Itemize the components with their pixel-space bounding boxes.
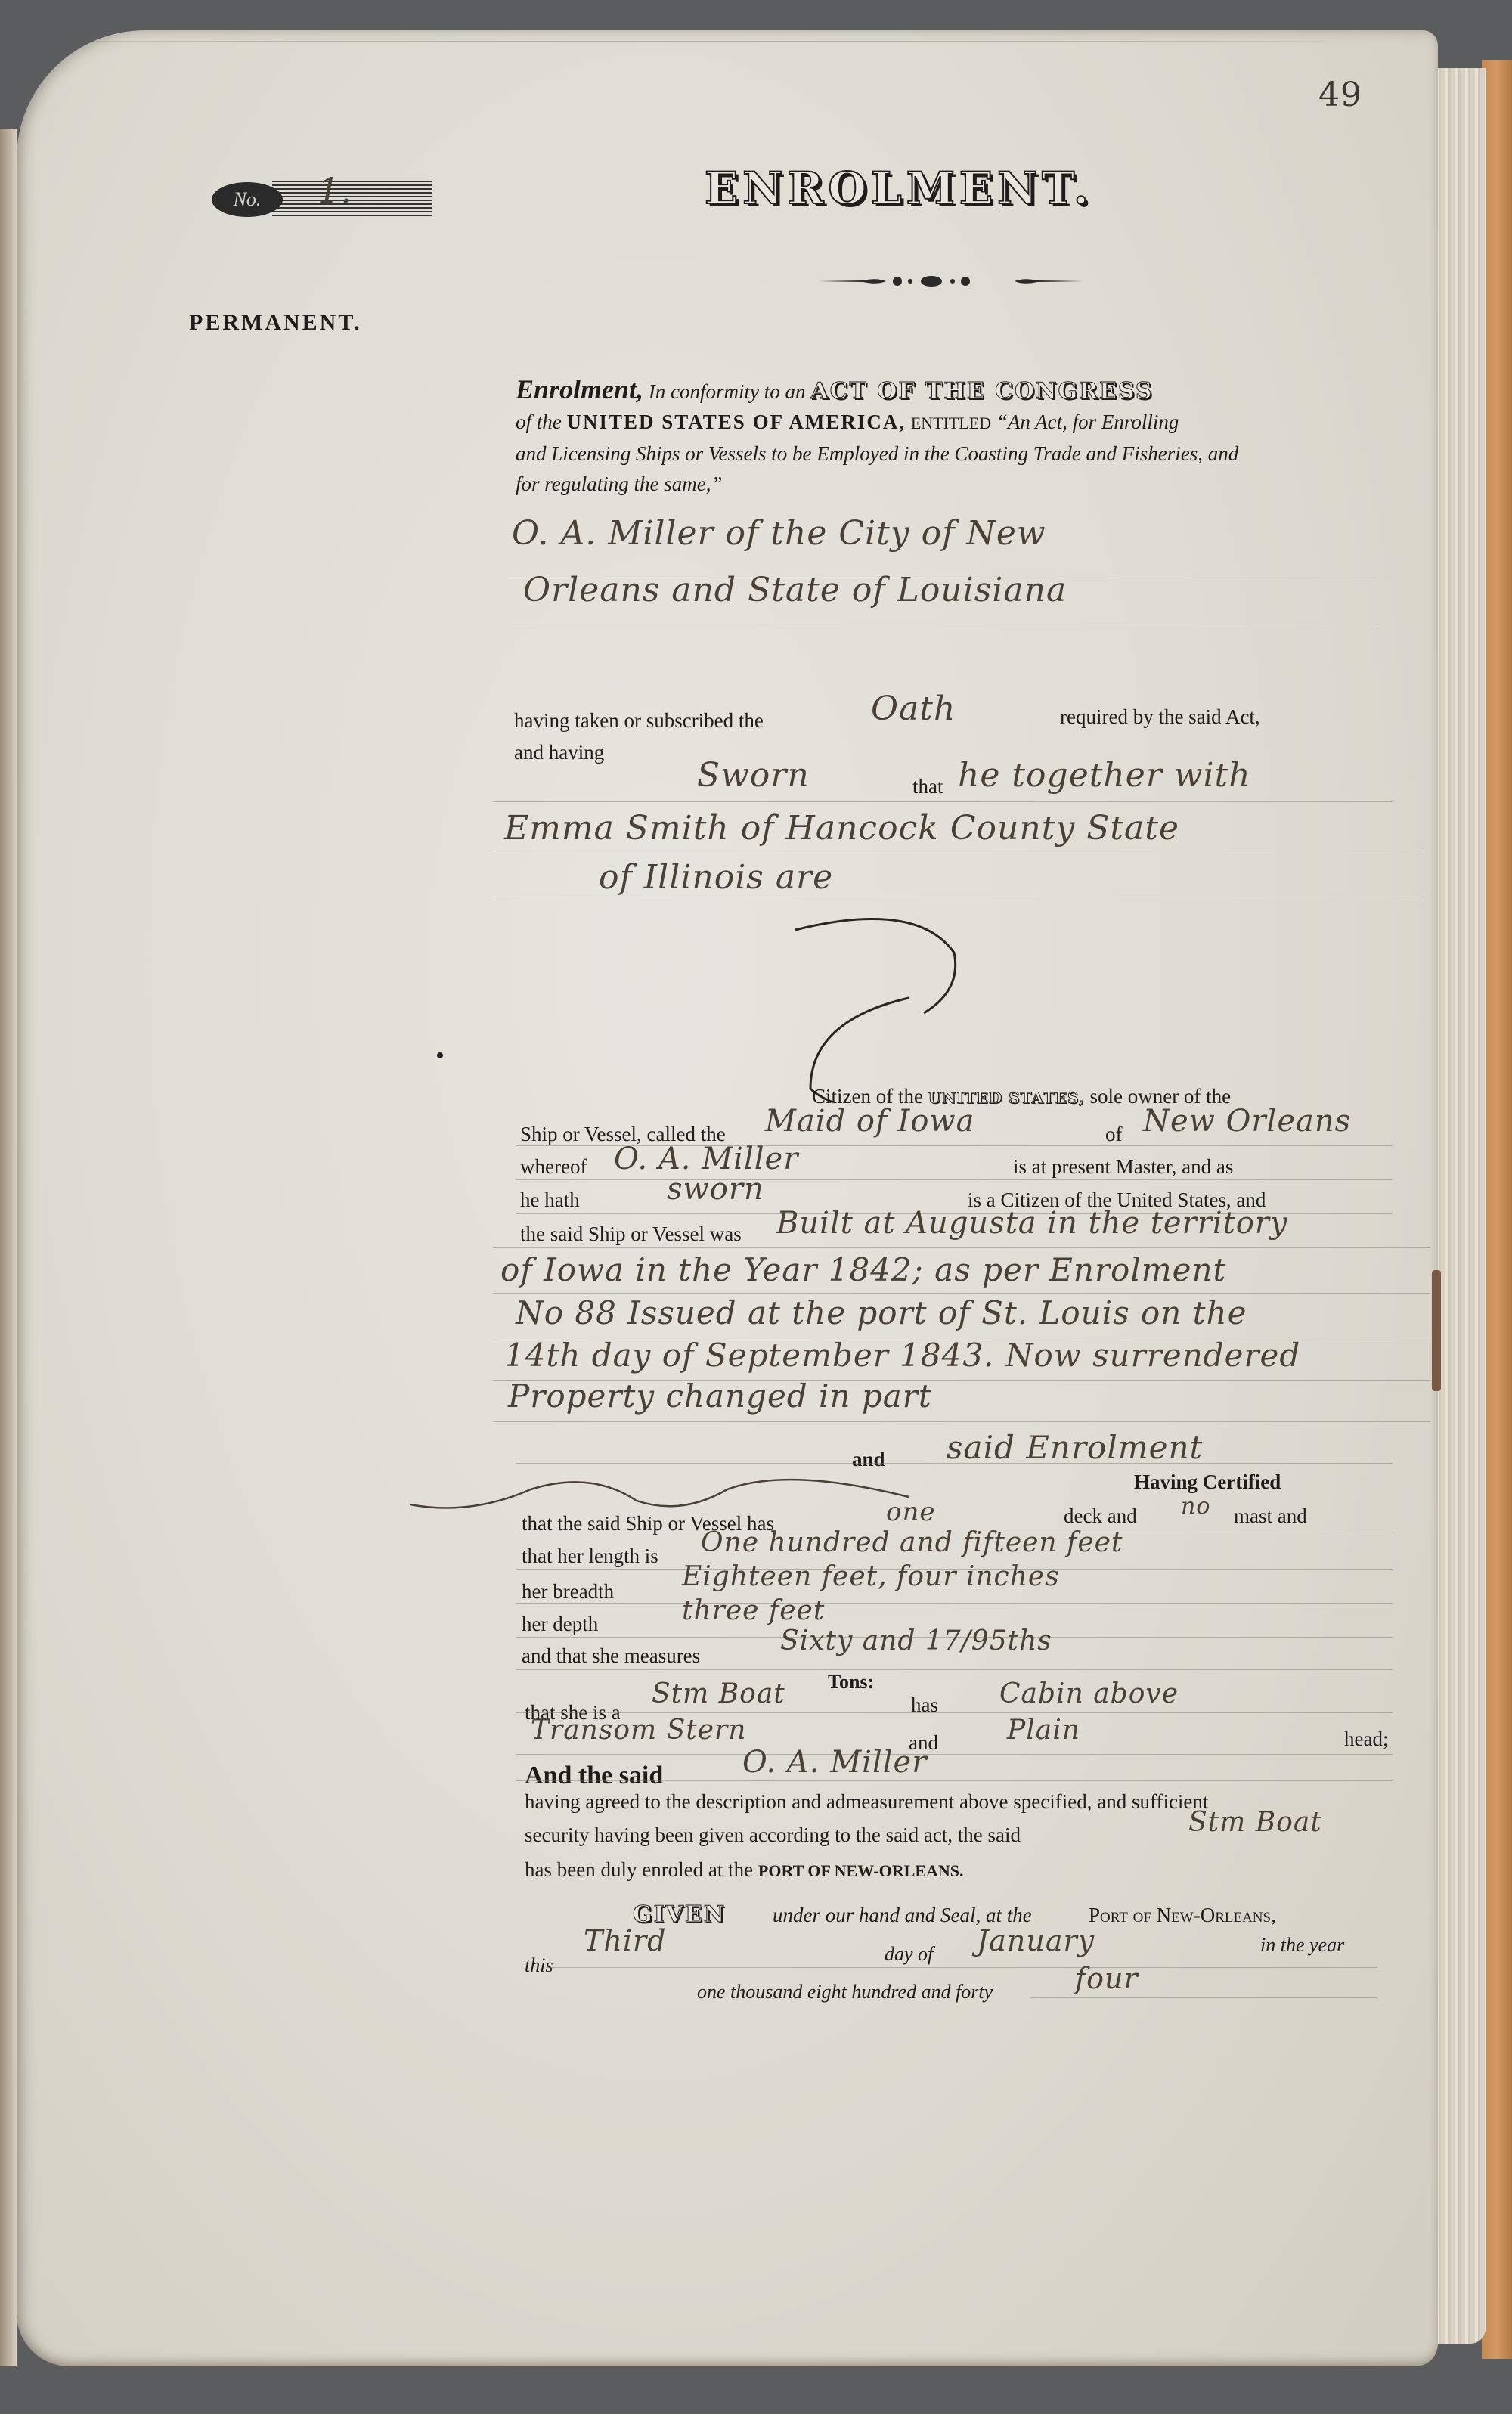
certificate-number: 1. [318,170,352,211]
ruled-line [516,1712,1393,1713]
document-title: ENROLMENT. [705,163,1093,214]
preamble-text: of the [516,411,562,433]
whereof-label: whereof [520,1155,587,1179]
having-certified: Having Certified [1134,1470,1281,1494]
oath-handwritten: Oath [871,689,956,728]
ruled-line [1030,1997,1377,1998]
pen-flourish [788,907,1166,1104]
home-port: New Orleans [1143,1104,1351,1139]
said-enrolment: said Enrolment [947,1429,1203,1466]
stern-type: Transom Stern [531,1715,746,1746]
ruled-line [493,1293,1430,1294]
and-the-said-label: And the said [525,1762,663,1790]
history-line-1: Built at Augusta in the territory [776,1206,1288,1241]
history-line-5: Property changed in part [508,1377,932,1415]
oath-label-b: required by the said Act, [1060,705,1260,729]
of-label: of [1105,1123,1123,1146]
given-port: Port of New-Orleans, [1089,1904,1276,1927]
preamble-text: In conformity to an [649,380,806,403]
history-line-4: 14th day of September 1843. Now surrende… [504,1337,1300,1374]
act-of-congress-ornate: ACT OF THE CONGRESS [810,378,1153,404]
and-label: and [852,1448,885,1471]
decks-value: one [886,1497,936,1527]
mast-label: mast and [1234,1504,1307,1528]
breadth-label: her breadth [522,1580,614,1604]
ink-stain [1432,1270,1441,1391]
ruled-line [516,1463,1393,1464]
tonnage-value: Sixty and 17/95ths [780,1625,1052,1656]
history-line-2: of Iowa in the Year 1842; as per Enrolme… [500,1251,1226,1288]
depth-value: three feet [682,1595,825,1626]
this-label: this [525,1954,553,1977]
tons-label: Tons: [828,1671,874,1694]
day-of-label: day of [885,1943,933,1966]
ruled-line [516,1754,1393,1755]
head-type: Plain [1007,1715,1080,1746]
preamble-line-3: and Licensing Ships or Vessels to be Emp… [516,438,1393,469]
ruled-line [493,851,1423,851]
agreement-line-1: having agreed to the description and adm… [525,1790,1208,1814]
number-label-oval: No. [212,182,283,217]
day-value: Third [584,1924,666,1957]
ruled-line [508,628,1377,628]
owner-handwritten-1: O. A. Miller of the City of New [512,514,1046,553]
in-year-label: in the year [1260,1934,1344,1957]
breadth-value: Eighteen feet, four inches [682,1561,1060,1592]
page-number: 49 [1318,76,1362,114]
vessel-type: Stm Boat [652,1678,785,1709]
oath-label-a: having taken or subscribed the [514,709,764,733]
adjacent-page-edge [0,129,17,2366]
deck-label: deck and [1064,1504,1137,1528]
entitled-caps: ENTITLED [911,414,991,432]
history-line-3: No 88 Issued at the port of St. Louis on… [516,1294,1247,1331]
agreement-line-2: security having been given according to … [525,1824,1021,1847]
master-suffix: is at present Master, and as [1013,1155,1233,1179]
preamble: Enrolment, In conformity to an ACT OF TH… [516,374,1393,499]
month-value: January [977,1924,1095,1957]
oath-handwritten-rest-2: Emma Smith of Hancock County State [504,809,1179,848]
ruled-line [516,1603,1393,1604]
that-label: that [912,775,943,798]
ruled-line [493,1247,1430,1248]
preamble-line-4: for regulating the same,” [516,469,1393,499]
book-cover-edge [1482,60,1512,2359]
measures-label: and that she measures [522,1644,700,1668]
preamble-text: “An Act, for Enrolling [996,411,1179,433]
ink-dot [437,1052,443,1058]
owner-handwritten-2: Orleans and State of Louisiana [523,571,1067,609]
vessel-name: Maid of Iowa [765,1104,975,1139]
preamble-line-1: Enrolment, In conformity to an ACT OF TH… [516,374,1393,407]
form-type-label: PERMANENT. [189,310,362,336]
year-handwritten: four [1075,1962,1139,1995]
enroled-line: has been duly enroled at the PORT OF NEW… [525,1858,964,1882]
badge-engraved-lines [272,181,432,218]
length-label: that her length is [522,1545,658,1568]
year-printed: one thousand eight hundred and forty [697,1981,993,2003]
head-label: head; [1344,1728,1388,1751]
ruled-line [493,801,1393,802]
ruled-line [516,1179,1393,1180]
has-label-2: has [911,1694,938,1717]
ruled-line [546,1967,1377,1968]
ornamental-divider [818,276,1083,287]
oath-handwritten-rest-1: he together with [958,756,1251,795]
port-name: PORT OF NEW-ORLEANS. [758,1861,964,1880]
sworn-handwritten: Sworn [697,756,810,795]
preamble-line-2: of the UNITED STATES OF AMERICA, ENTITLE… [516,407,1393,438]
masts-value: no [1181,1493,1210,1520]
was-label: the said Ship or Vessel was [520,1222,742,1246]
length-value: One hundred and fifteen feet [701,1527,1123,1558]
ruled-line [493,900,1423,900]
agreement-person: O. A. Miller [742,1745,927,1780]
ruled-line [516,1669,1393,1670]
register-page: 49 No. 1. PERMANENT. ENROLMENT. Enrolmen… [17,30,1438,2366]
certificate-number-badge: No. 1. [212,176,432,220]
hath-value: sworn [667,1172,764,1207]
has-value: Cabin above [999,1678,1179,1709]
enroled-text: has been duly enroled at the [525,1858,753,1881]
enrolment-lead: Enrolment, [516,374,643,404]
oath-label-c: and having [514,741,604,764]
hath-label: he hath [520,1188,580,1212]
depth-label: her depth [522,1613,598,1636]
ruled-line [516,1780,1393,1781]
agreement-vessel-type: Stm Boat [1188,1807,1322,1838]
ruled-line [493,1421,1430,1422]
oath-handwritten-rest-3: of Illinois are [599,858,833,897]
usa-bold: UNITED STATES OF AMERICA, [567,411,906,433]
